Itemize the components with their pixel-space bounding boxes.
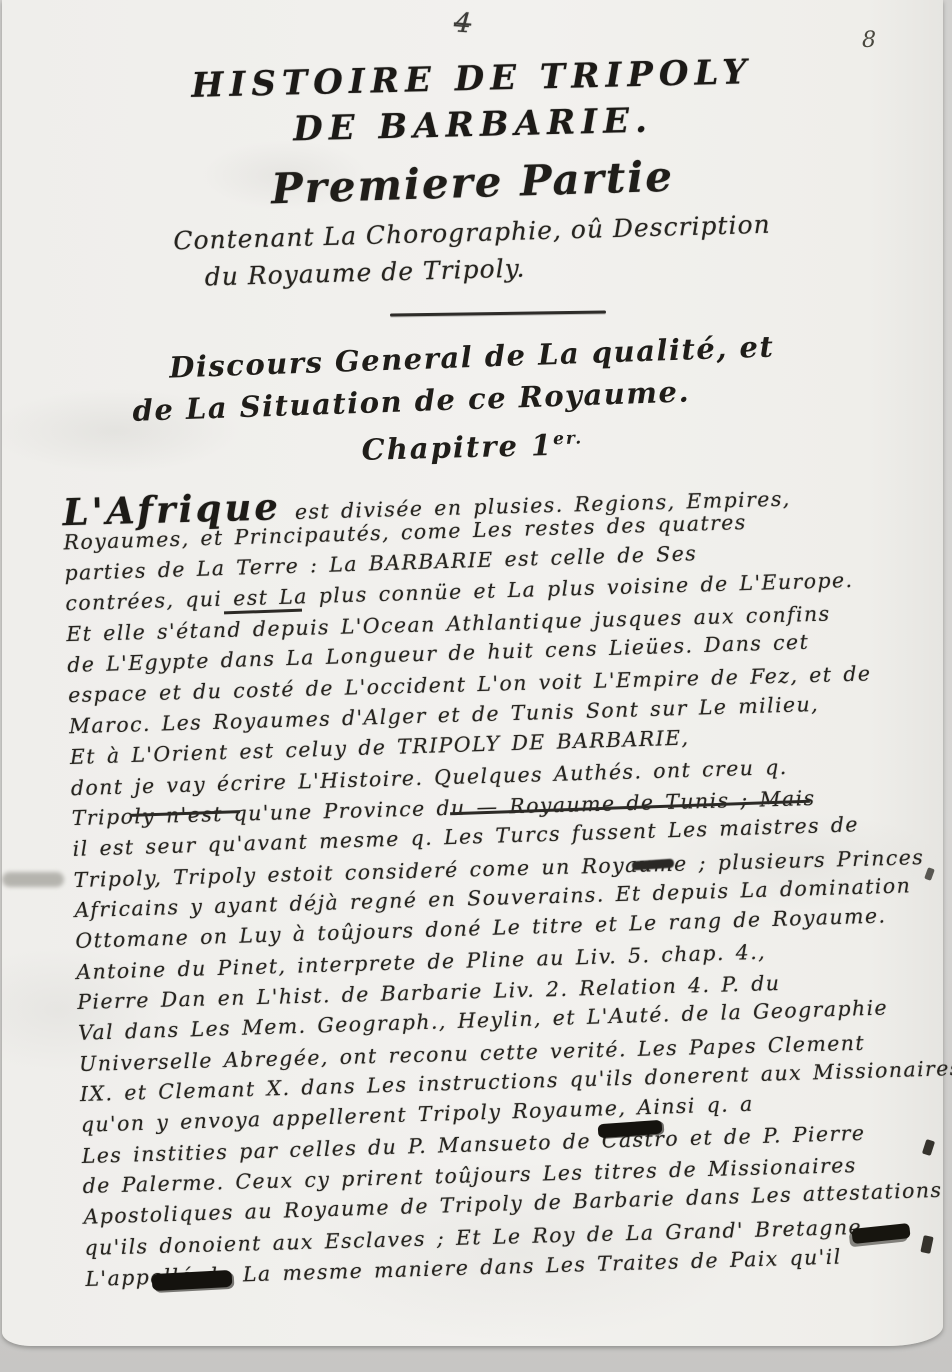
opening-word: L'Afrique: [62, 484, 281, 534]
title-block: HISTOIRE DE TRIPOLY DE BARBARIE.: [1, 45, 944, 160]
manuscript-page: 4 8 HISTOIRE DE TRIPOLY DE BARBARIE. Pre…: [2, 0, 943, 1346]
section-heading: Discours General de La qualité, et de La…: [1, 320, 944, 437]
body-text: L'Afriqueest divisée en plusies. Regions…: [62, 465, 932, 1297]
section-divider-rule: [390, 310, 606, 316]
folio-number-struck: 4: [453, 7, 472, 39]
chapter-ordinal-superscript: er.: [553, 428, 584, 449]
graphite-smudge: [2, 872, 64, 887]
margin-mark: [920, 1235, 933, 1254]
chapter-label: Chapitre 1: [361, 428, 553, 467]
margin-mark: [924, 867, 935, 881]
